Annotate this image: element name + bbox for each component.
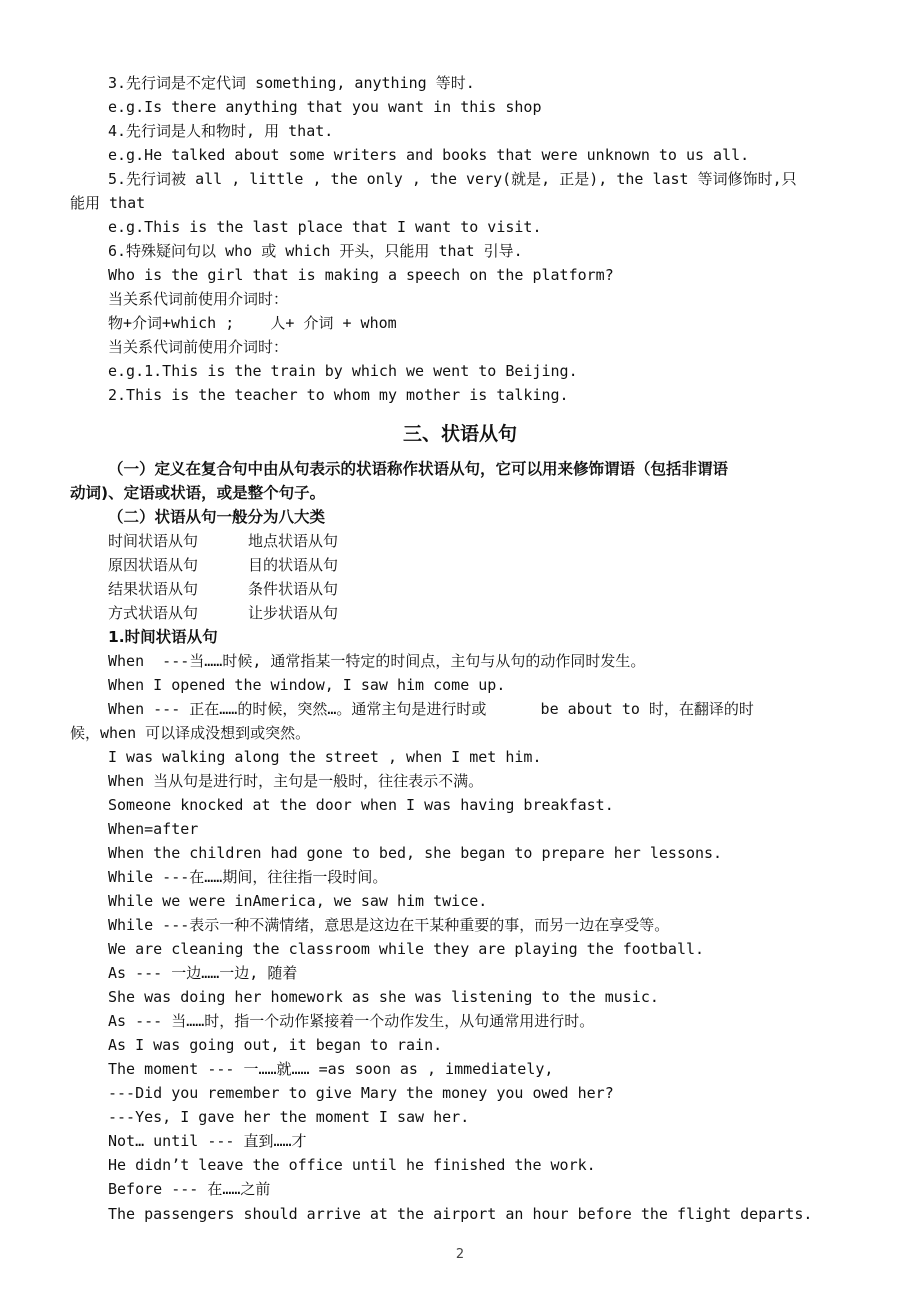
subheading: 1.时间状语从句: [108, 627, 218, 647]
category-item: 地点状语从句: [248, 531, 338, 551]
document-page: 3.先行词是不定代词 something, anything 等时. e.g.I…: [0, 0, 920, 1302]
text-line: When=after: [108, 819, 198, 839]
example-line: Who is the girl that is making a speech …: [108, 265, 614, 285]
text-line: 6.特殊疑问句以 who 或 which 开头，只能用 that 引导.: [108, 241, 523, 261]
category-item: 原因状语从句: [108, 555, 198, 575]
category-item: 条件状语从句: [248, 579, 338, 599]
text-line: When 当从句是进行时，主句是一般时，往往表示不满。: [108, 771, 483, 791]
category-item: 方式状语从句: [108, 603, 198, 623]
text-line: While ---表示一种不满情绪，意思是这边在干某种重要的事，而另一边在享受等…: [108, 915, 669, 935]
text-line: 5.先行词被 all , little , the only , the ver…: [108, 169, 797, 189]
example-line: 2.This is the teacher to whom my mother …: [108, 385, 569, 405]
definition-line: （一）定义在复合句中由从句表示的状语称作状语从句，它可以用来修饰谓语（包括非谓语: [108, 459, 728, 479]
text-line-wrapped: 能用 that: [70, 193, 145, 213]
definition-line-wrapped: 动词)、定语或状语，或是整个句子。: [70, 483, 325, 503]
text-line: When ---当……时候, 通常指某一特定的时间点，主句与从句的动作同时发生。: [108, 651, 645, 671]
text-line: 当关系代词前使用介词时：: [108, 289, 288, 309]
text-line: As --- 一边……一边, 随着: [108, 963, 297, 983]
text-line: 物+介词+which ; 人+ 介词 + whom: [108, 313, 397, 333]
example-line: e.g.Is there anything that you want in t…: [108, 97, 541, 117]
example-line: As I was going out, it began to rain.: [108, 1035, 442, 1055]
example-line: She was doing her homework as she was li…: [108, 987, 659, 1007]
text-line: The moment --- 一……就…… =as soon as , imme…: [108, 1059, 553, 1079]
text-line: 3.先行词是不定代词 something, anything 等时.: [108, 73, 475, 93]
example-line: We are cleaning the classroom while they…: [108, 939, 704, 959]
category-item: 时间状语从句: [108, 531, 198, 551]
category-item: 目的状语从句: [248, 555, 338, 575]
example-line: When the children had gone to bed, she b…: [108, 843, 722, 863]
page-number: 2: [0, 1247, 920, 1262]
example-line: While we were inAmerica, we saw him twic…: [108, 891, 487, 911]
example-line: ---Did you remember to give Mary the mon…: [108, 1083, 614, 1103]
categories-heading: （二）状语从句一般分为八大类: [108, 507, 325, 527]
example-line: e.g.1.This is the train by which we went…: [108, 361, 578, 381]
example-line: He didn’t leave the office until he fini…: [108, 1155, 596, 1175]
text-line: While ---在……期间，往往指一段时间。: [108, 867, 387, 887]
section-heading: 三、状语从句: [0, 421, 920, 447]
example-line: I was walking along the street , when I …: [108, 747, 541, 767]
text-line: 当关系代词前使用介词时：: [108, 337, 288, 357]
text-line: Before --- 在……之前: [108, 1179, 270, 1199]
text-line: Not… until --- 直到……才: [108, 1131, 307, 1151]
text-line: When --- 正在……的时候，突然…。通常主句是进行时或 be about …: [108, 699, 754, 719]
example-line: Someone knocked at the door when I was h…: [108, 795, 614, 815]
example-line: When I opened the window, I saw him come…: [108, 675, 505, 695]
example-line: The passengers should arrive at the airp…: [108, 1204, 812, 1224]
category-item: 结果状语从句: [108, 579, 198, 599]
text-line-wrapped: 候，when 可以译成没想到或突然。: [70, 723, 310, 743]
text-line: 4.先行词是人和物时, 用 that.: [108, 121, 333, 141]
example-line: e.g.He talked about some writers and boo…: [108, 145, 749, 165]
category-item: 让步状语从句: [248, 603, 338, 623]
example-line: ---Yes, I gave her the moment I saw her.: [108, 1107, 469, 1127]
example-line: e.g.This is the last place that I want t…: [108, 217, 541, 237]
text-line: As --- 当……时，指一个动作紧接着一个动作发生，从句通常用进行时。: [108, 1011, 594, 1031]
